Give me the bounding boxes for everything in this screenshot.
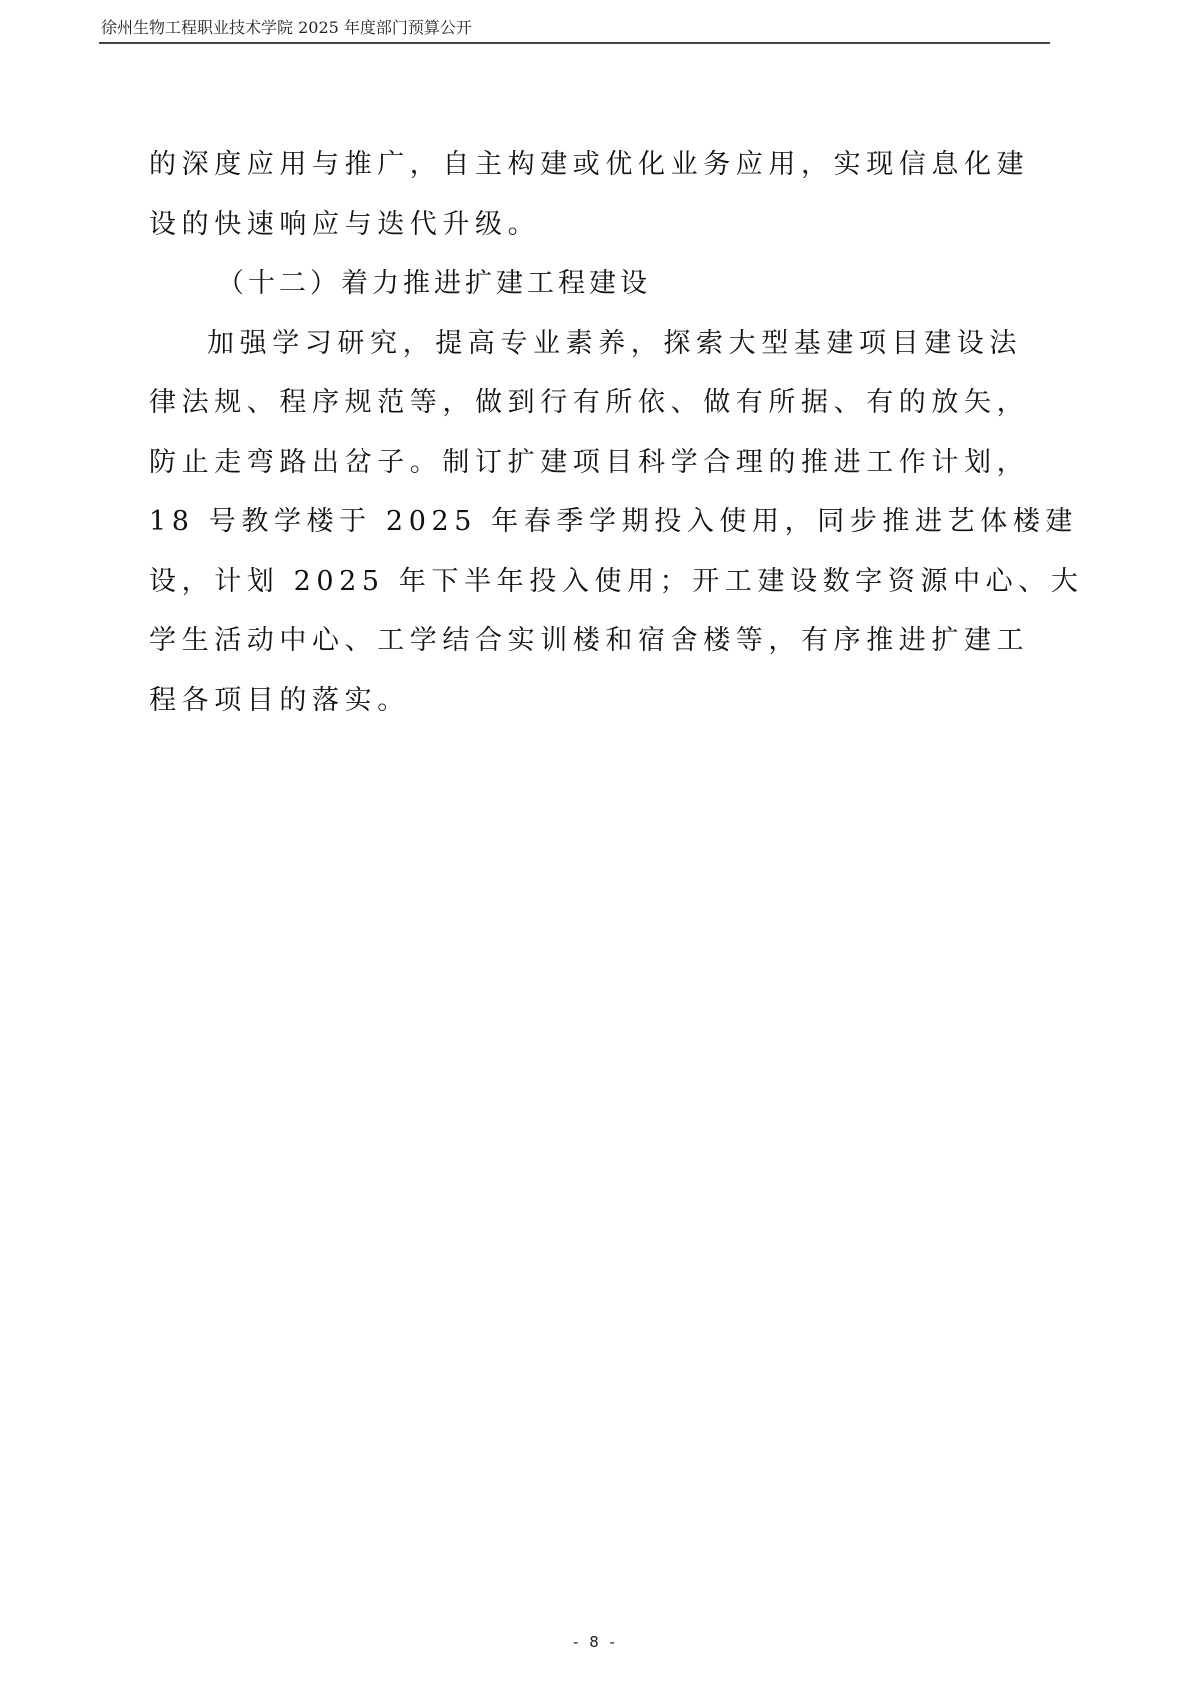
page-number: - 8 -	[0, 1633, 1191, 1651]
paragraph-line: 18 号教学楼于 2025 年春季学期投入使用，同步推进艺体楼建	[149, 507, 1049, 537]
paragraph-line: 设的快速响应与迭代升级。	[149, 210, 1049, 240]
page-header: 徐州生物工程职业技术学院 2025 年度部门预算公开	[99, 12, 1050, 44]
paragraph-line: 的深度应用与推广，自主构建或优化业务应用，实现信息化建	[149, 150, 1049, 180]
document-body: 的深度应用与推广，自主构建或优化业务应用，实现信息化建 设的快速响应与迭代升级。…	[149, 150, 1049, 745]
section-heading: （十二）着力推进扩建工程建设	[149, 269, 1049, 299]
paragraph-line: 设，计划 2025 年下半年投入使用；开工建设数字资源中心、大	[149, 567, 1049, 597]
paragraph-line: 加强学习研究，提高专业素养，探索大型基建项目建设法	[149, 329, 1049, 359]
paragraph-line: 程各项目的落实。	[149, 686, 1049, 716]
paragraph-line: 学生活动中心、工学结合实训楼和宿舍楼等，有序推进扩建工	[149, 626, 1049, 656]
header-title: 徐州生物工程职业技术学院 2025 年度部门预算公开	[101, 18, 472, 38]
paragraph-line: 防止走弯路出岔子。制订扩建项目科学合理的推进工作计划，	[149, 448, 1049, 478]
paragraph-line: 律法规、程序规范等，做到行有所依、做有所据、有的放矢，	[149, 388, 1049, 418]
